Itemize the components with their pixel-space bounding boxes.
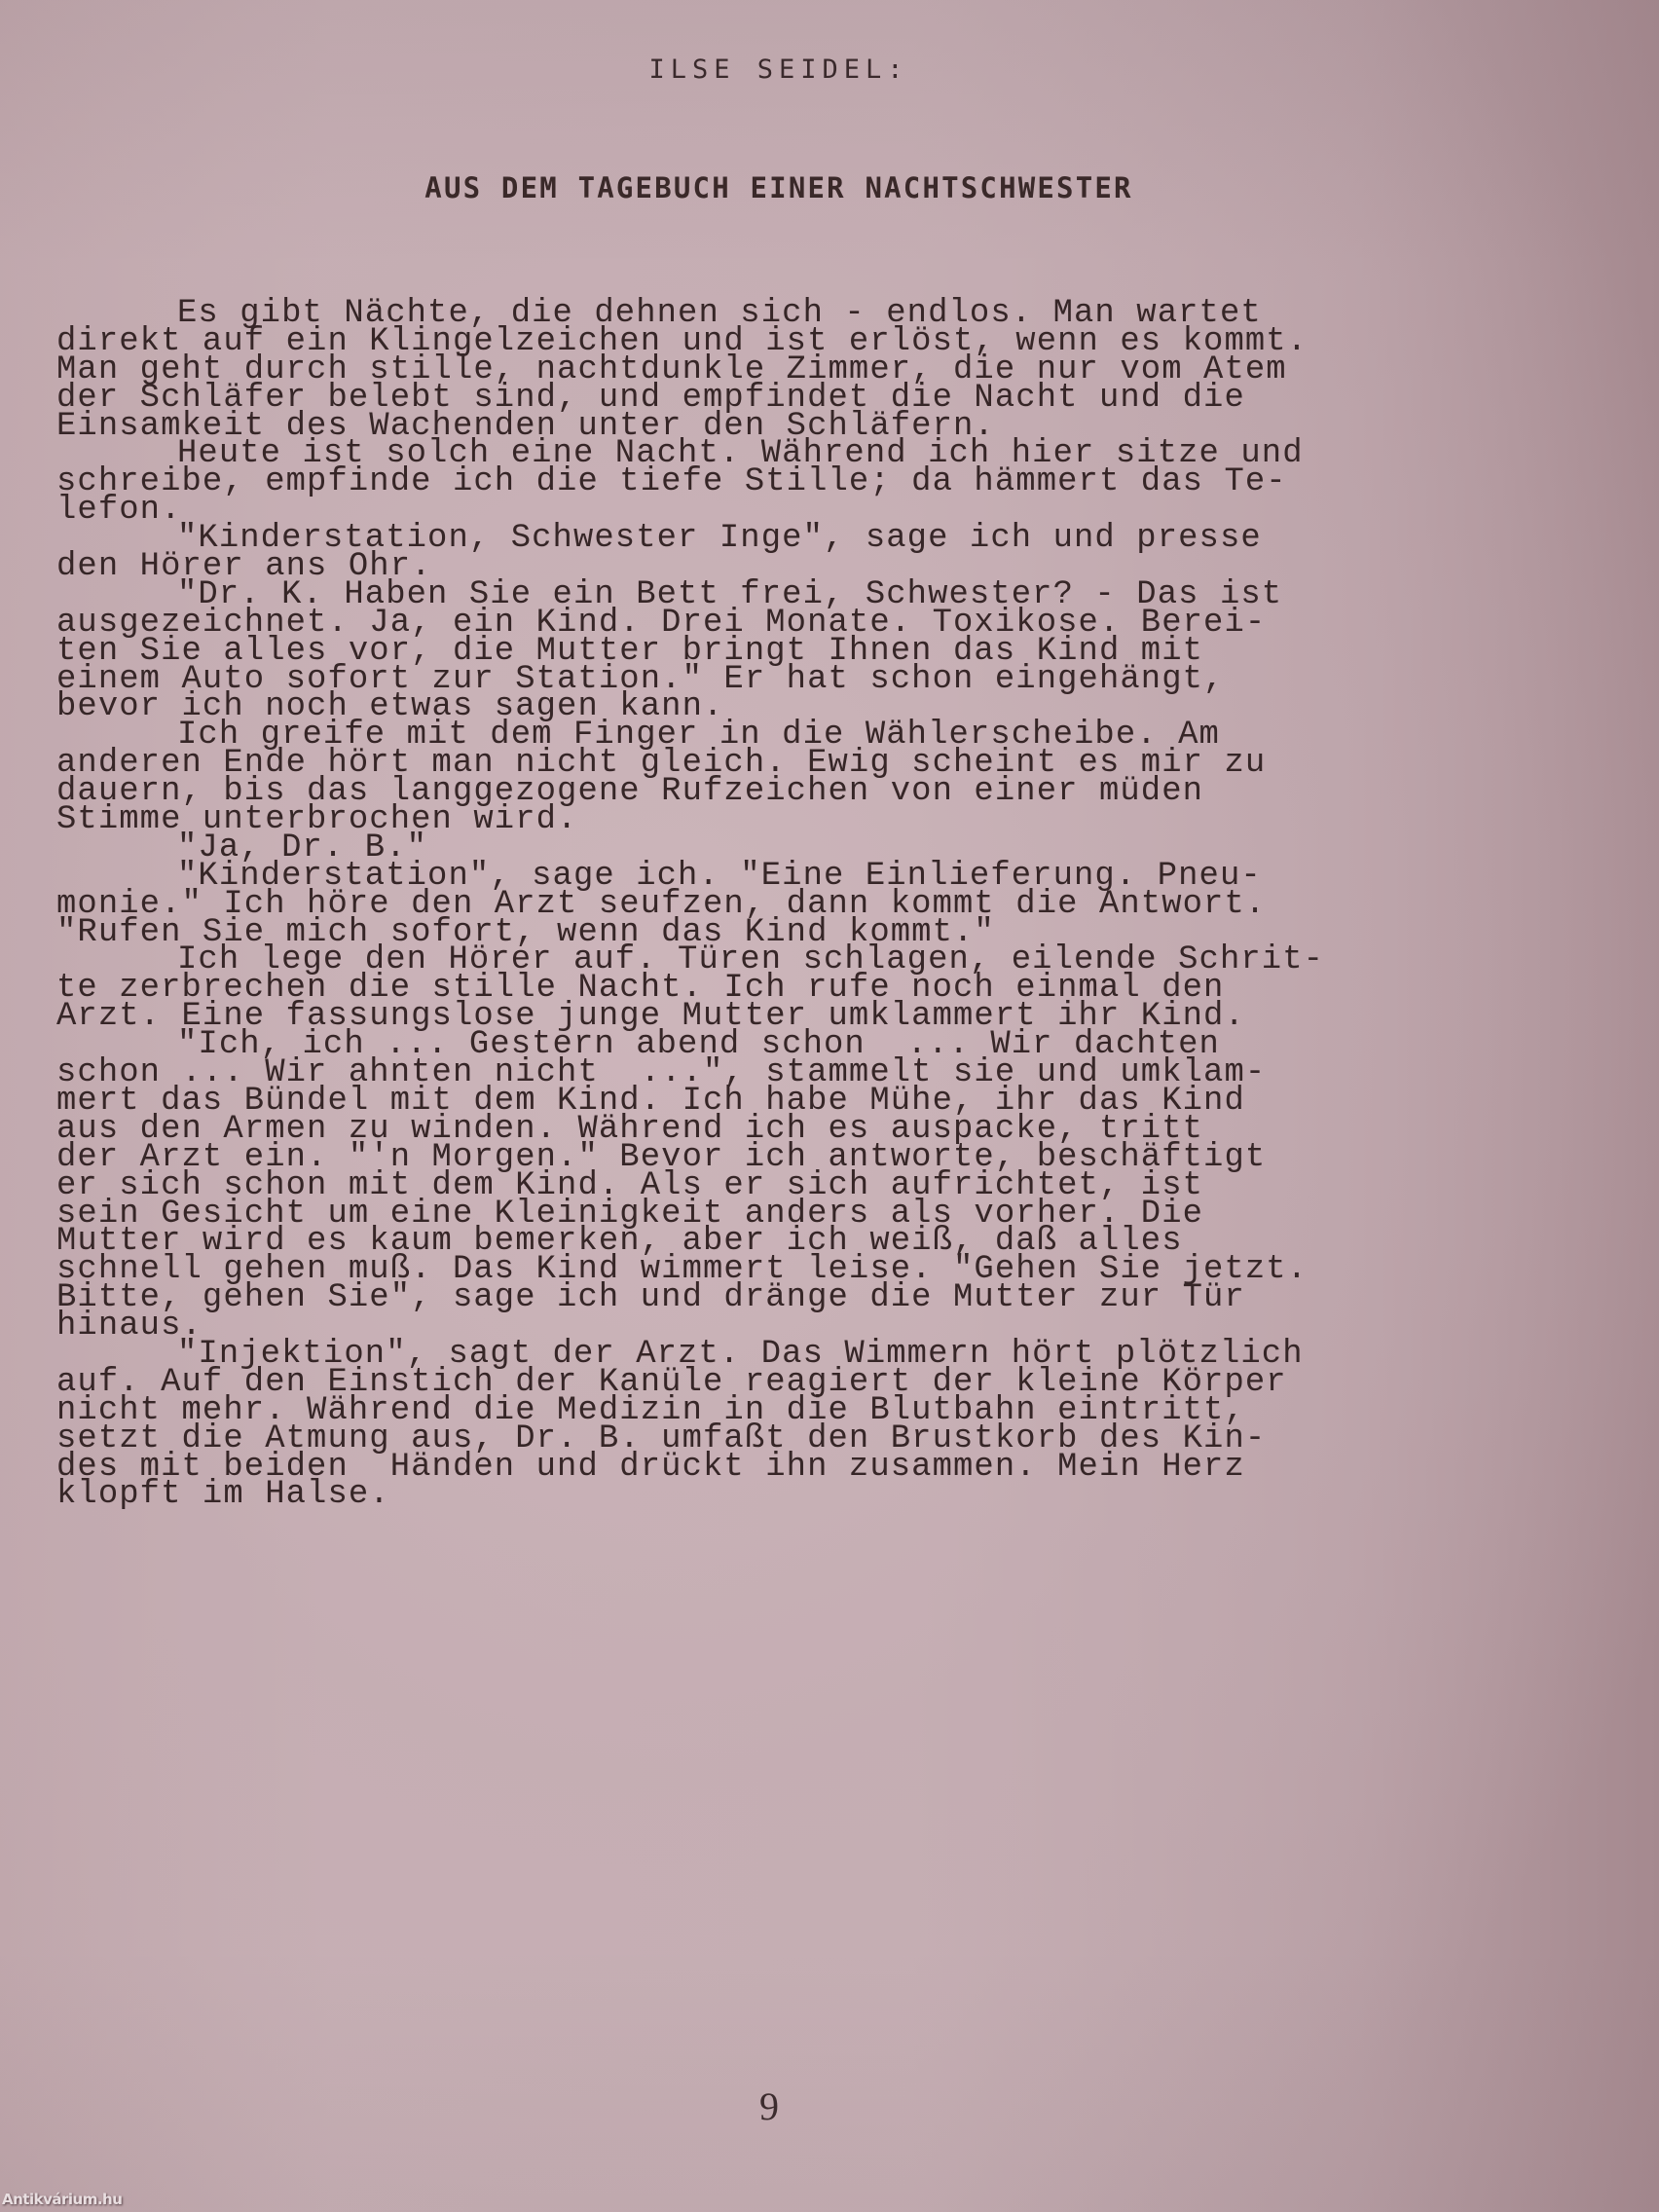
body-text: Es gibt Nächte, die dehnen sich - endlos… <box>56 300 1634 1509</box>
document-title: AUS DEM TAGEBUCH EINER NACHTSCHWESTER <box>0 171 1558 204</box>
text-line: klopft im Halse. <box>56 1481 1634 1509</box>
text-line: schreibe, empfinde ich die tiefe Stille;… <box>56 468 1634 497</box>
text-line: Bitte, gehen Sie", sage ich und dränge d… <box>56 1284 1634 1312</box>
author-heading: ILSE SEIDEL: <box>0 55 1558 85</box>
watermark-logo: Antikvárium.hu <box>2 2191 122 2208</box>
page-number: 9 <box>759 2083 779 2129</box>
